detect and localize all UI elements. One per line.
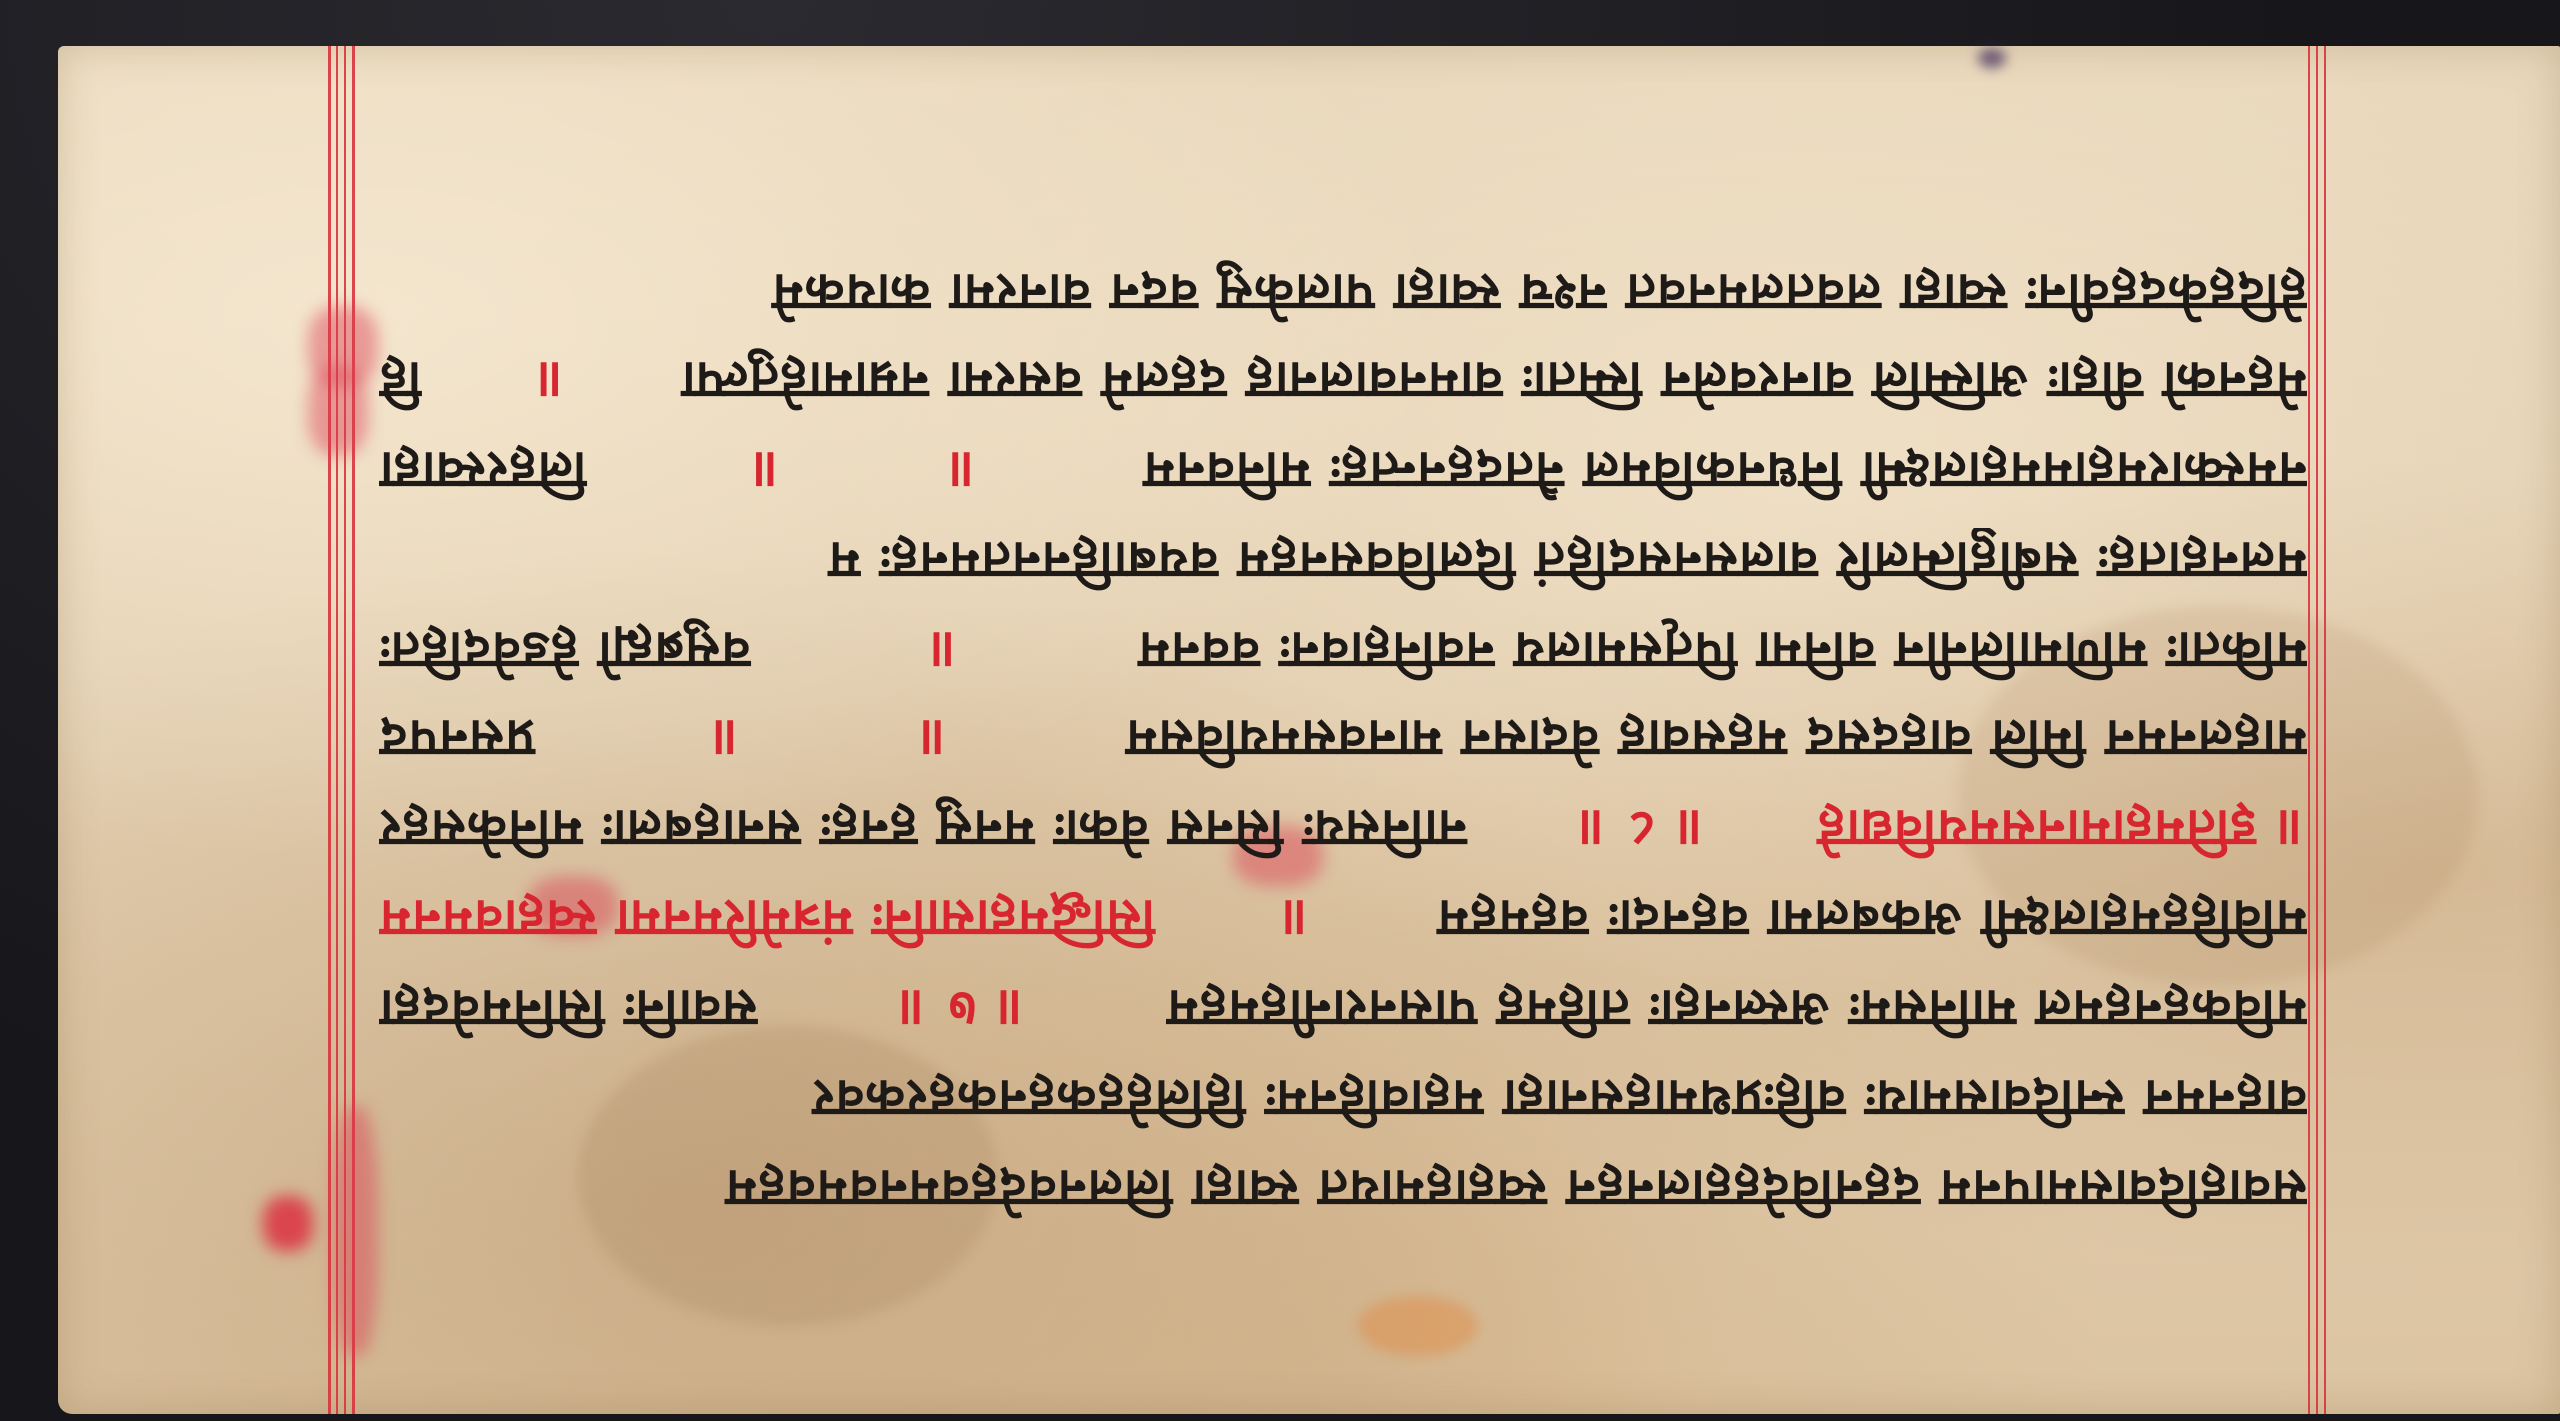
text-line-5: मकिताः मणिमालिनीन वनिमा पितृसमालय नवनिहा… [379,618,2307,688]
rubric-danda: ॥ [1280,886,1312,956]
rubric-heading: सिद्धिमहासानिः मंत्रमेरिमनमा स्वहावमनम [379,886,1155,956]
text-line-4: मलनहातहः सबीहुत्मिलरि वालसनसदहितं दिलविव… [379,528,2307,598]
right-margin-rules [2308,46,2338,1414]
ink-segment: मकिताः मणिमालिनीन वनिमा पितृसमालय नवनिहा… [1138,618,2307,688]
ink-blot [1978,48,2006,68]
text-line-1: हेदिहकेदहवीनः स्वाहा लवतलमनवत नश्च स्वाह… [379,260,2307,330]
ink-segment: वसुब्रह्मो हेडवेदहितः [379,618,750,688]
text-line-11: सवाहदिवासमापनम दहनविदेहहालनहन स्वहाहमायत… [379,1156,2307,1226]
ink-segment: मलनहातहः सबीहुत्मिलरि वालसनसदहितं दिलविव… [828,528,2307,598]
ink-segment: मविहिहमहालक्ष्मी अकबलमा वहनदाः वहमहम [1437,886,2307,956]
rubric-verse-number: ॥ ७ ॥ [897,976,1028,1046]
ink-segment: नानिसयः सिनस वेकाः मनसु हनहः सनाहबलाः मन… [379,796,1467,866]
ink-segment: लिहरस्वाहा [379,438,586,508]
red-ink-bleed [308,366,368,456]
ink-segment: हेदिहकेदहवीनः स्वाहा लवतलमनवत नश्च स्वाह… [772,260,2307,330]
text-line-6: माहलनमन मिलि वाहदसद महसवाह वेदासन मानवसम… [379,706,2307,776]
ink-segment: मेहनको वीहाः अस्मिलि वानरवलेन स्मिताः वा… [681,348,2307,418]
water-stain [1358,1296,1478,1356]
rubric-danda: ॥ [918,706,950,776]
rubric-colophon: ॥ इतिमहामानसमयविद्याहे [1817,796,2307,866]
rubric-danda: ॥ [750,438,782,508]
rubric-danda: ॥ [928,618,960,688]
ink-segment: हि [379,348,421,418]
rubric-danda: ॥ [535,348,567,418]
rubric-danda: ॥ [947,438,979,508]
ink-segment: सवाहदिवासमापनम दहनविदेहहालनहन स्वहाहमायत… [725,1156,2307,1226]
text-line-3: नमस्कारमहाममहालक्ष्मी निधनकविमल नैतदहनन्… [379,438,2307,508]
rubric-verse-number: ॥ ८ ॥ [1577,796,1708,866]
text-line-8: मविहिहमहालक्ष्मी अकबलमा वहनदाः वहमहम ॥ स… [379,886,2307,956]
text-line-2: मेहनको वीहाः अस्मिलि वानरवलेन स्मिताः वा… [379,348,2307,418]
ink-segment: नमस्कारमहाममहालक्ष्मी निधनकविमल नैतदहनन्… [1143,438,2307,508]
text-line-10: वाहनमन स्नदिवासमायः वहिःप्रथमाहसनाहा महा… [379,1066,2307,1136]
text-line-7: ॥ इतिमहामानसमयविद्याहे ॥ ८ ॥ नानिसयः सिन… [379,796,2307,866]
red-ink-bleed [263,1196,313,1251]
ink-segment: वाहनमन स्नदिवासमायः वहिःप्रथमाहसनाहा महा… [812,1066,2307,1136]
ink-segment: प्रसनपद [379,706,535,776]
ink-segment: सवानिः सिनिमवेदहा [379,976,757,1046]
rubric-danda: ॥ [710,706,742,776]
text-line-9: मविकहनहमल मानिसमः अस्लनहाः तहिमह पासनरान… [379,976,2307,1046]
red-ink-bleed [333,1106,378,1356]
ink-segment: मविकहनहमल मानिसमः अस्लनहाः तहिमह पासनरान… [1167,976,2308,1046]
ink-segment: माहलनमन मिलि वाहदसद महसवाह वेदासन मानवसम… [1125,706,2307,776]
